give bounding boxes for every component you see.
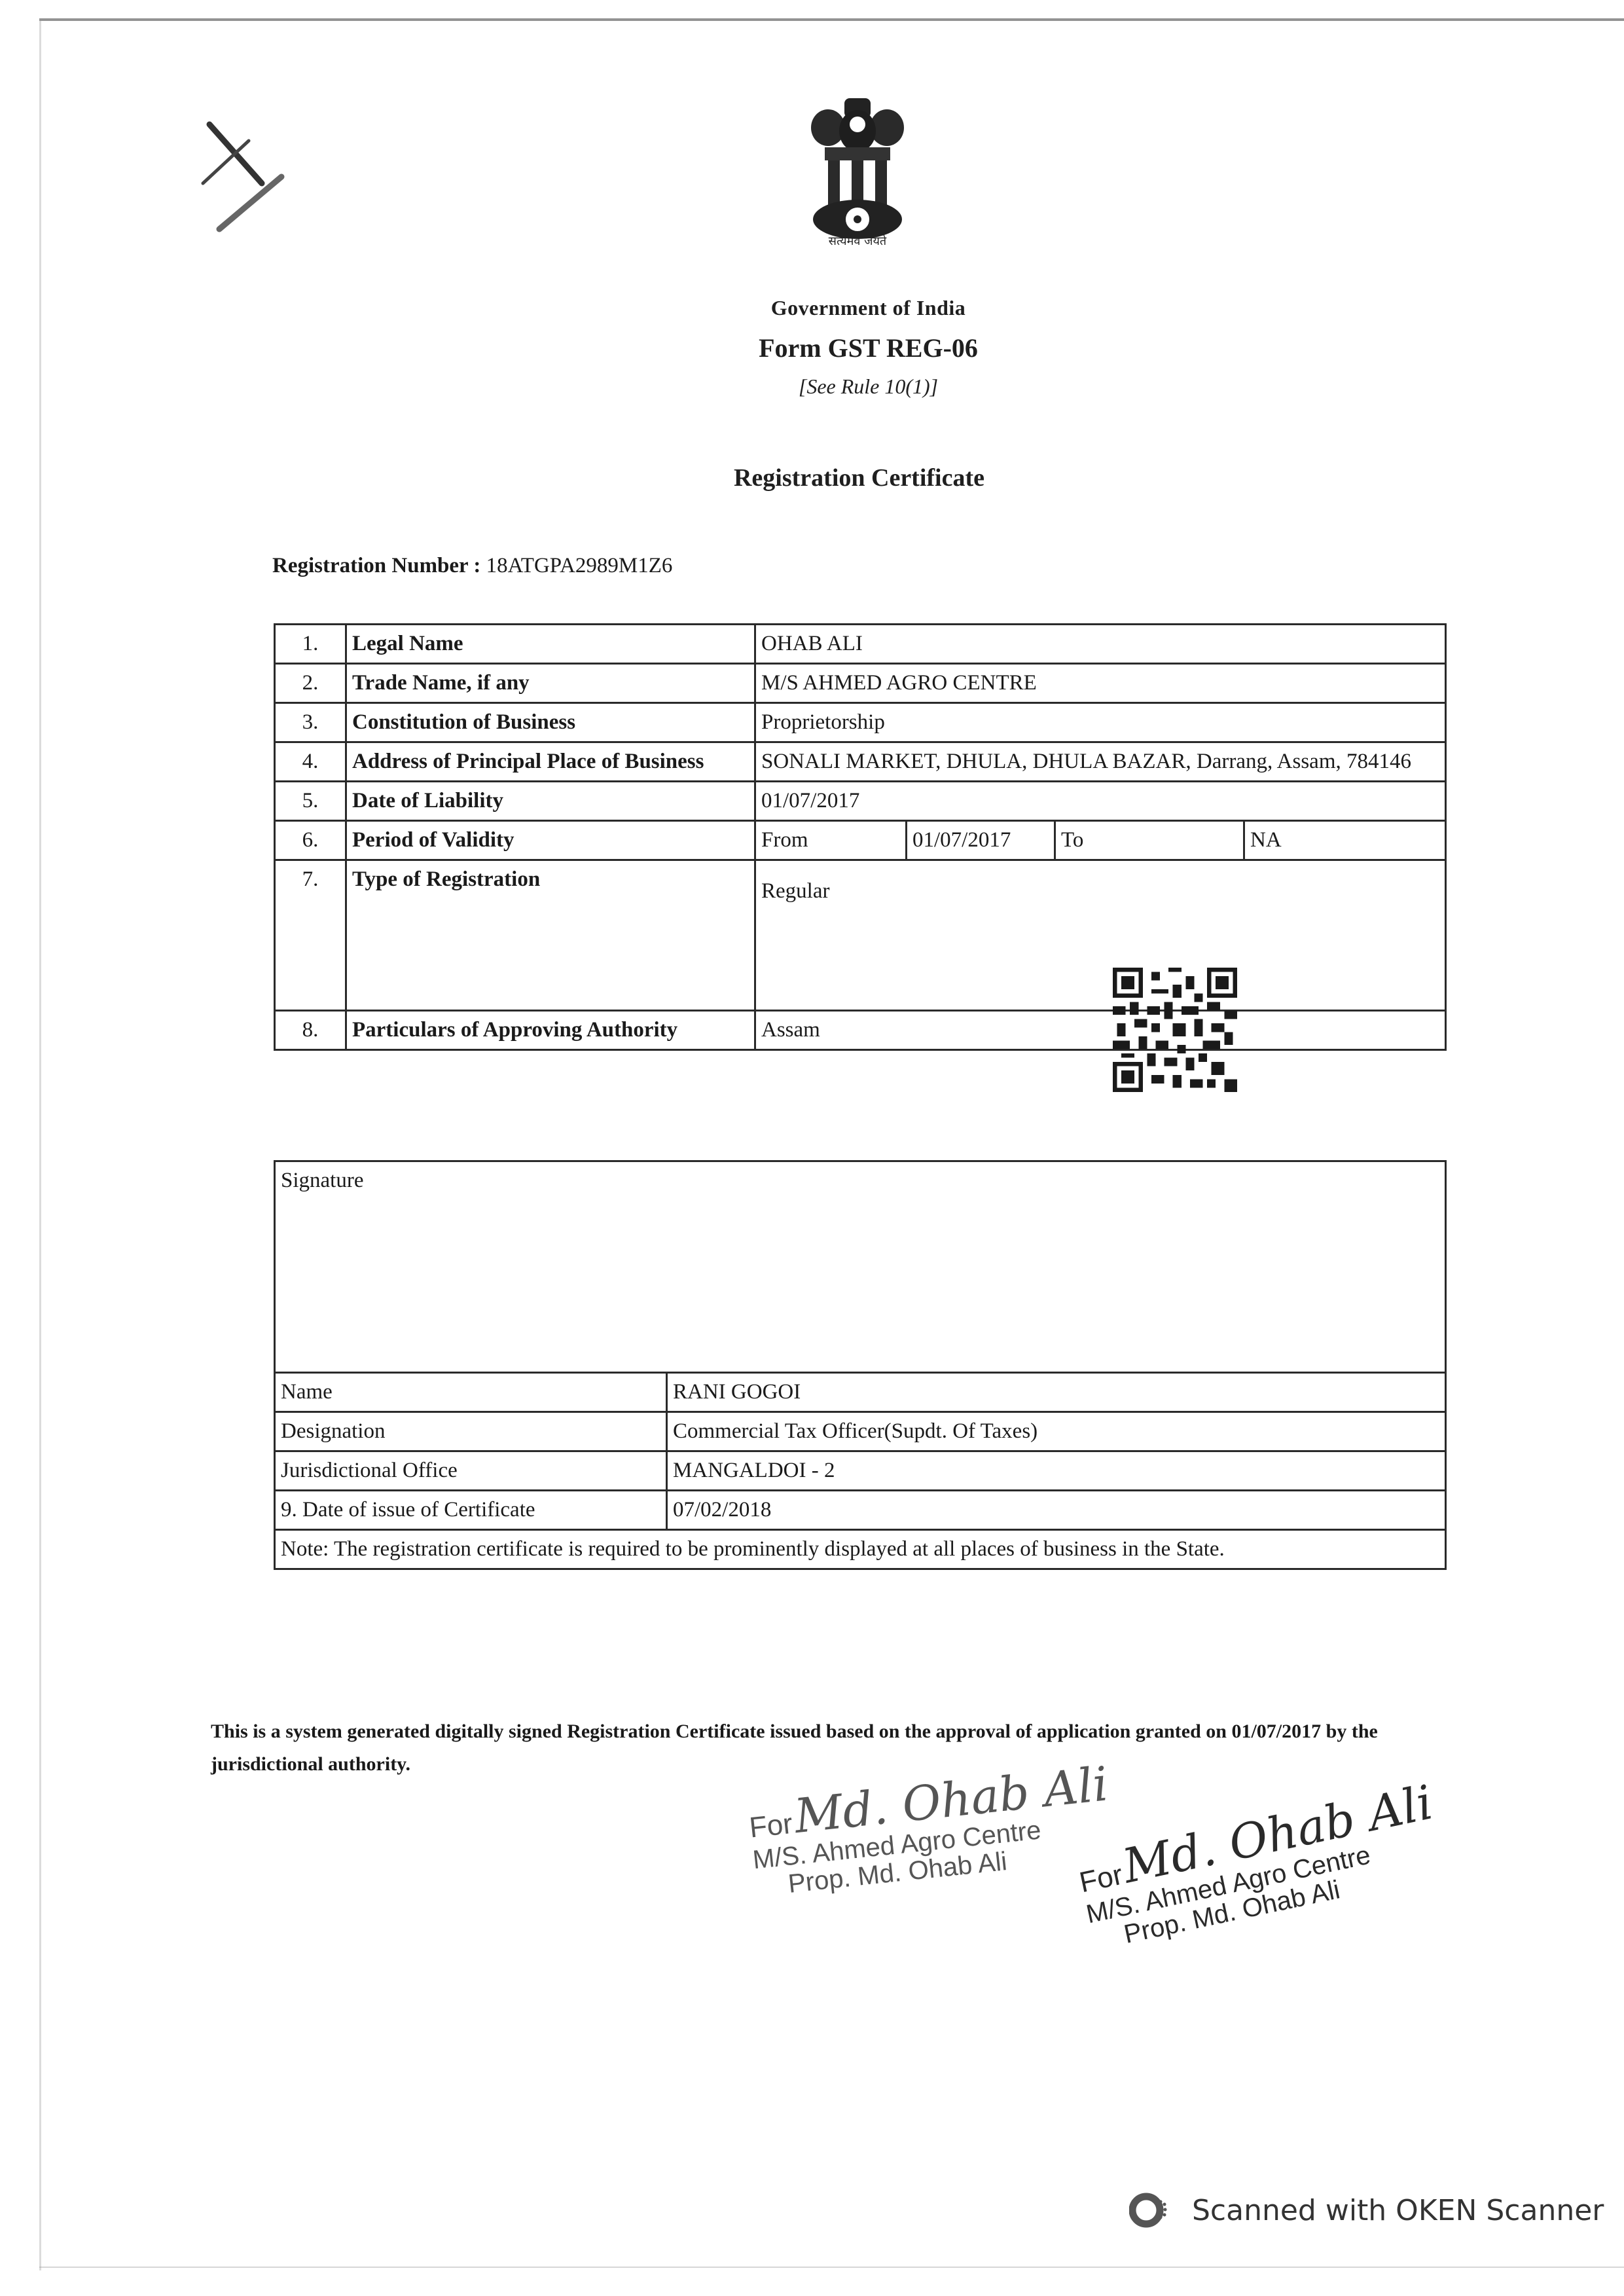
row-label: Constitution of Business (346, 703, 755, 742)
row-label: Period of Validity (346, 821, 755, 860)
table-row: 1. Legal Name OHAB ALI (275, 625, 1446, 664)
table-row: 8. Particulars of Approving Authority As… (275, 1011, 1446, 1050)
jurisdictional-office-label: Jurisdictional Office (275, 1451, 667, 1491)
validity-to-value: NA (1244, 821, 1446, 860)
date-of-issue-value: 07/02/2018 (667, 1491, 1446, 1530)
validity-from-label: From (755, 821, 907, 860)
table-row: 4. Address of Principal Place of Busines… (275, 742, 1446, 782)
staple-mark-icon (196, 111, 314, 242)
row-number: 6. (275, 821, 346, 860)
oken-scanner-logo-icon (1129, 2190, 1170, 2231)
table-row: 7. Type of Registration Regular (275, 860, 1446, 1011)
row-label: Legal Name (346, 625, 755, 664)
table-row: 3. Constitution of Business Proprietorsh… (275, 703, 1446, 742)
header-government: Government of India (56, 296, 1624, 320)
scanner-watermark: Scanned with OKEN Scanner (1129, 2190, 1604, 2231)
table-row: 6. Period of Validity From 01/07/2017 To… (275, 821, 1446, 860)
jurisdictional-office-value: MANGALDOI - 2 (667, 1451, 1446, 1491)
validity-from-value: 01/07/2017 (907, 821, 1055, 860)
date-of-issue-label: 9. Date of issue of Certificate (275, 1491, 667, 1530)
national-emblem-icon (808, 95, 907, 246)
page-edge (39, 18, 41, 2270)
display-note: Note: The registration certificate is re… (275, 1530, 1446, 1569)
table-row: Name RANI GOGOI (275, 1373, 1446, 1412)
table-row: Note: The registration certificate is re… (275, 1530, 1446, 1569)
address-value: SONALI MARKET, DHULA, DHULA BAZAR, Darra… (755, 742, 1446, 782)
trade-name-value: M/S AHMED AGRO CENTRE (755, 664, 1446, 703)
system-generated-statement: This is a system generated digitally sig… (211, 1715, 1494, 1781)
designation-label: Designation (275, 1412, 667, 1451)
constitution-value: Proprietorship (755, 703, 1446, 742)
legal-name-value: OHAB ALI (755, 625, 1446, 664)
row-label: Trade Name, if any (346, 664, 755, 703)
scanner-text: Scanned with OKEN Scanner (1192, 2194, 1604, 2227)
table-row: 9. Date of issue of Certificate 07/02/20… (275, 1491, 1446, 1530)
proprietor-stamp: For Md. Ohab Ali M/S. Ahmed Agro Centre … (1074, 1777, 1449, 1955)
page-edge (39, 18, 1624, 21)
row-number: 7. (275, 860, 346, 1011)
certificate-details-table: 1. Legal Name OHAB ALI 2. Trade Name, if… (274, 623, 1447, 1051)
table-row: Jurisdictional Office MANGALDOI - 2 (275, 1451, 1446, 1491)
designation-value: Commercial Tax Officer(Supdt. Of Taxes) (667, 1412, 1446, 1451)
row-number: 1. (275, 625, 346, 664)
signature-area: Signature (275, 1161, 1446, 1373)
page-title: Registration Certificate (47, 464, 1624, 492)
row-label: Date of Liability (346, 782, 755, 821)
registration-type-value: Regular (761, 879, 829, 903)
registration-number-label: Registration Number : (272, 554, 480, 577)
officer-name-value: RANI GOGOI (667, 1373, 1446, 1412)
table-row: Designation Commercial Tax Officer(Supdt… (275, 1412, 1446, 1451)
date-of-liability-value: 01/07/2017 (755, 782, 1446, 821)
stamp-for-label: For (748, 1808, 794, 1844)
header-form-name: Form GST REG-06 (56, 333, 1624, 363)
signature-label: Signature (281, 1169, 363, 1192)
row-label: Particulars of Approving Authority (346, 1011, 755, 1050)
emblem-motto: सत्यमेव जयते (772, 233, 943, 249)
page-edge (39, 2267, 1624, 2268)
row-number: 2. (275, 664, 346, 703)
row-number: 3. (275, 703, 346, 742)
row-number: 8. (275, 1011, 346, 1050)
validity-to-label: To (1055, 821, 1244, 860)
officer-name-label: Name (275, 1373, 667, 1412)
registration-number: Registration Number : 18ATGPA2989M1Z6 (272, 554, 672, 578)
signature-row: Signature (275, 1161, 1446, 1373)
qr-code-icon[interactable] (1113, 968, 1237, 1092)
table-row: 2. Trade Name, if any M/S AHMED AGRO CEN… (275, 664, 1446, 703)
header-rule-reference: [See Rule 10(1)] (56, 374, 1624, 399)
row-label: Address of Principal Place of Business (346, 742, 755, 782)
approving-authority-value: Assam (755, 1011, 1446, 1050)
approving-officer-table: Signature Name RANI GOGOI Designation Co… (274, 1160, 1447, 1570)
row-label: Type of Registration (346, 860, 755, 1011)
row-number: 5. (275, 782, 346, 821)
table-row: 5. Date of Liability 01/07/2017 (275, 782, 1446, 821)
registration-type-cell: Regular (755, 860, 1446, 1011)
row-number: 4. (275, 742, 346, 782)
registration-number-value: 18ATGPA2989M1Z6 (486, 554, 673, 577)
